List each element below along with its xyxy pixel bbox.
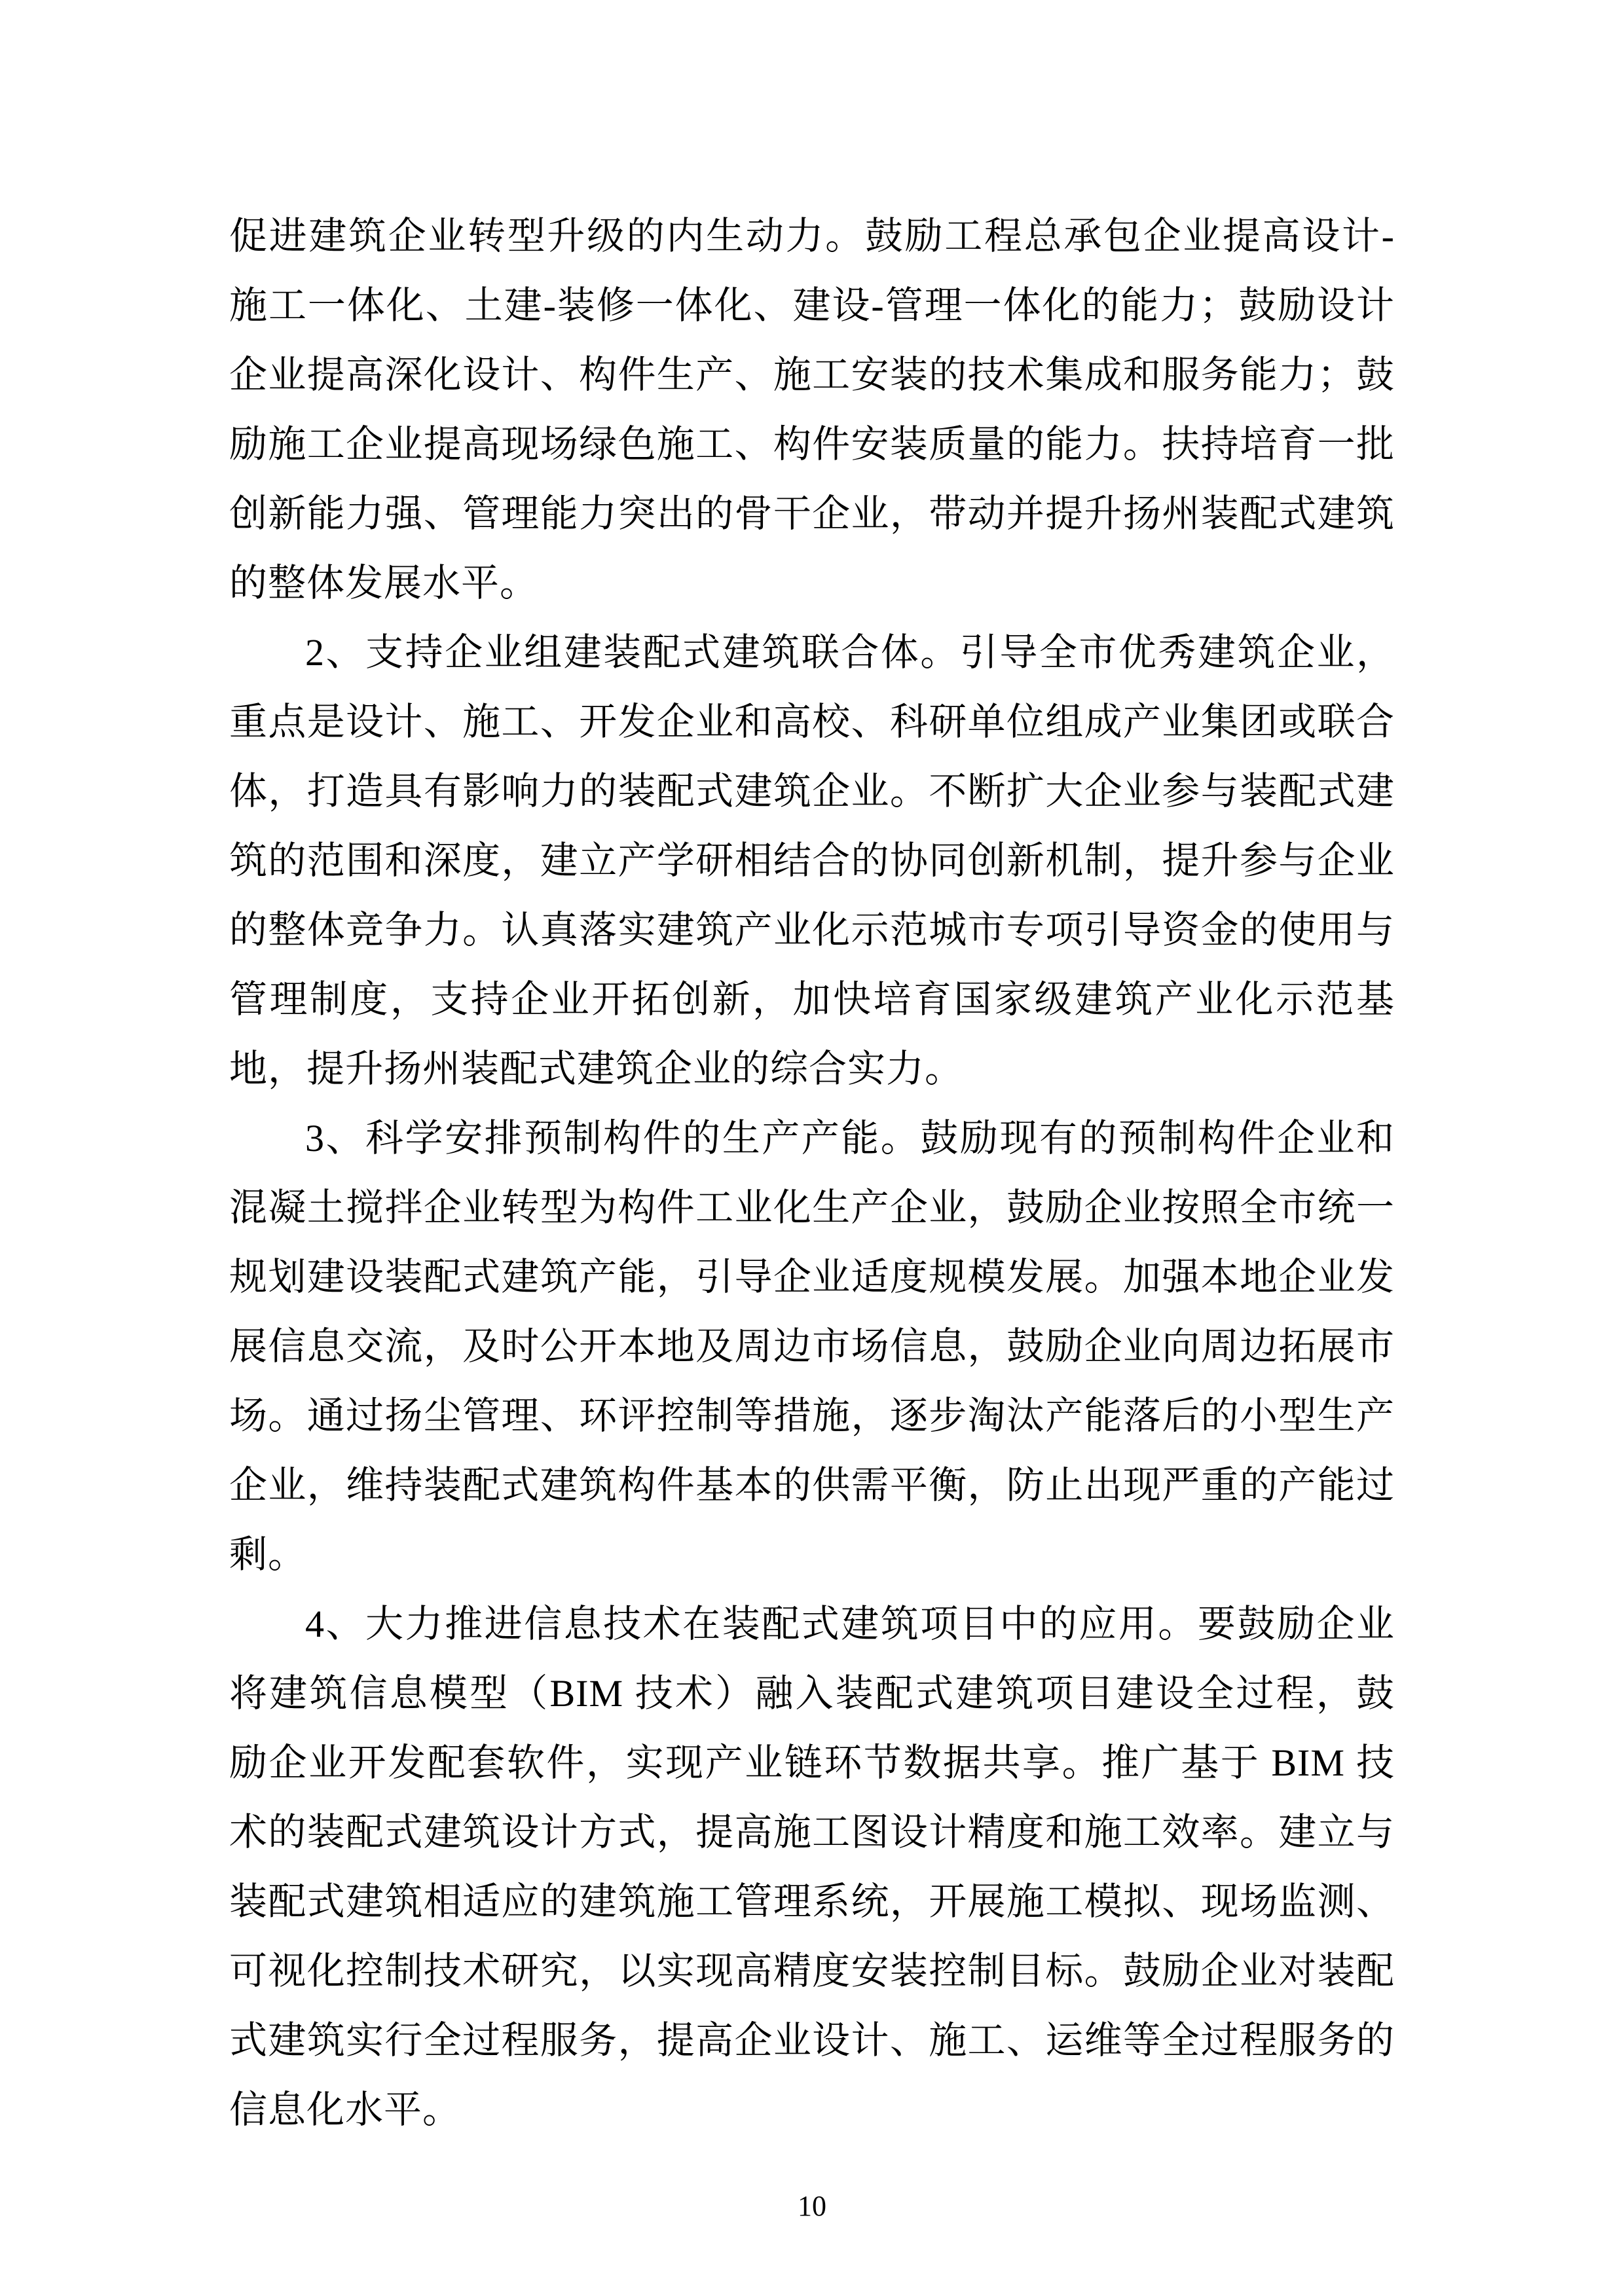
paragraph-item-2: 2、支持企业组建装配式建筑联合体。引导全市优秀建筑企业，重点是设计、施工、开发企…: [229, 618, 1395, 1104]
paragraph-item-4: 4、大力推进信息技术在装配式建筑项目中的应用。要鼓励企业将建筑信息模型（BIM …: [229, 1590, 1395, 2145]
paragraph-continuation: 促进建筑企业转型升级的内生动力。鼓励工程总承包企业提高设计-施工一体化、土建-装…: [229, 202, 1395, 618]
document-page: 促进建筑企业转型升级的内生动力。鼓励工程总承包企业提高设计-施工一体化、土建-装…: [0, 0, 1624, 2296]
page-number: 10: [0, 2187, 1624, 2226]
paragraph-item-3: 3、科学安排预制构件的生产产能。鼓励现有的预制构件企业和混凝土搅拌企业转型为构件…: [229, 1104, 1395, 1590]
body-text: 促进建筑企业转型升级的内生动力。鼓励工程总承包企业提高设计-施工一体化、土建-装…: [229, 202, 1395, 2145]
